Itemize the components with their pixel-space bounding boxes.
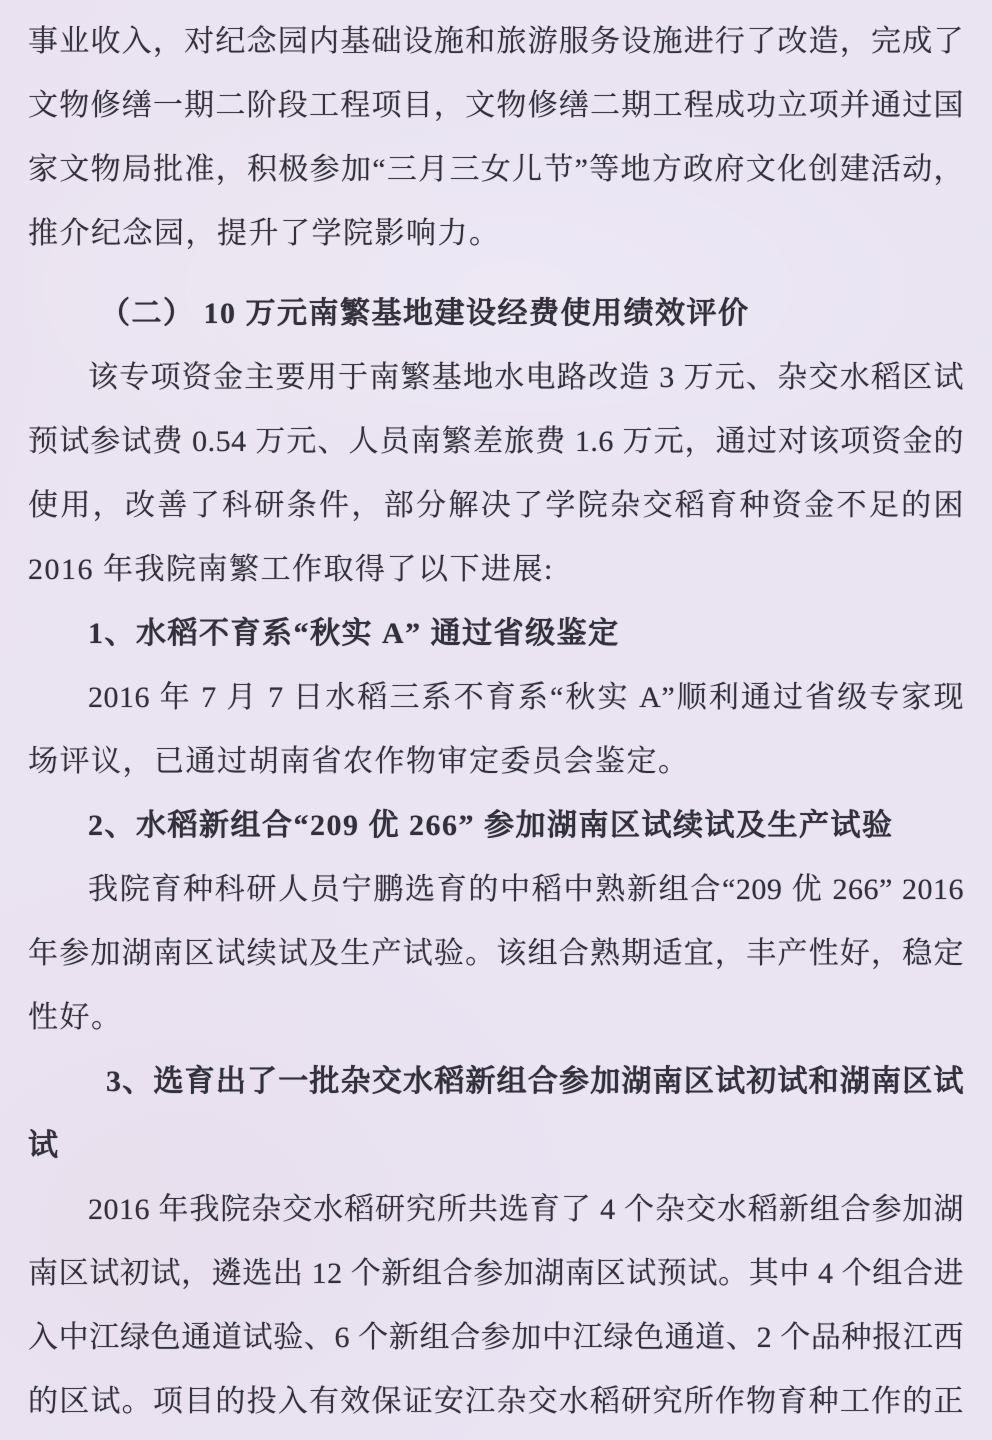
intro-paragraph-line: 家文物局批准，积极参加“三月三女儿节”等地方政府文化创建活动， (28, 138, 964, 202)
funding-paragraph-line: 使用，改善了科研条件，部分解决了学院杂交稻育种资金不足的困难。 (28, 474, 964, 538)
item-1-line: 场评议，已通过胡南省农作物审定委员会鉴定。 (28, 730, 964, 794)
intro-paragraph-line: 推介纪念园，提升了学院影响力。 (28, 202, 964, 266)
item-2-line: 年参加湖南区试续试及生产试验。该组合熟期适宜，丰产性好，稳定 (28, 922, 964, 986)
intro-paragraph-line: 文物修缮一期二阶段工程项目，文物修缮二期工程成功立项并通过国 (28, 74, 964, 138)
scanned-document-page: 事业收入，对纪念园内基础设施和旅游服务设施进行了改造，完成了 文物修缮一期二阶段… (0, 0, 992, 1440)
document-text-block: 事业收入，对纪念园内基础设施和旅游服务设施进行了改造，完成了 文物修缮一期二阶段… (28, 10, 964, 1434)
funding-paragraph-line: 该专项资金主要用于南繁基地水电路改造 3 万元、杂交水稻区试 (28, 346, 964, 410)
item-1-heading: 1、水稻不育系“秋实 A” 通过省级鉴定 (28, 602, 964, 666)
item-3-line: 入中江绿色通道试验、6 个新组合参加中江绿色通道、2 个品种报江西 (28, 1306, 964, 1370)
item-3-line: 2016 年我院杂交水稻研究所共选育了 4 个杂交水稻新组合参加湖 (28, 1178, 964, 1242)
funding-paragraph-line: 2016 年我院南繁工作取得了以下进展: (28, 538, 964, 602)
funding-paragraph-line: 预试参试费 0.54 万元、人员南繁差旅费 1.6 万元，通过对该项资金的 (28, 410, 964, 474)
item-3-line: 南区试初试，遴选出 12 个新组合参加湖南区试预试。其中 4 个组合进 (28, 1242, 964, 1306)
item-3-heading: 3、选育出了一批杂交水稻新组合参加湖南区试初试和湖南区试预 (28, 1050, 964, 1114)
section-heading: （二） 10 万元南繁基地建设经费使用绩效评价 (28, 282, 964, 346)
item-1-line: 2016 年 7 月 7 日水稻三系不育系“秋实 A”顺利通过省级专家现 (28, 666, 964, 730)
intro-paragraph-line: 事业收入，对纪念园内基础设施和旅游服务设施进行了改造，完成了 (28, 10, 964, 74)
item-3-line: 的区试。项目的投入有效保证安江杂交水稻研究所作物育种工作的正 (28, 1370, 964, 1434)
item-2-heading: 2、水稻新组合“209 优 266” 参加湖南区试续试及生产试验 (28, 794, 964, 858)
item-3-heading-continued: 试 (28, 1114, 964, 1178)
item-2-line: 我院育种科研人员宁鹏选育的中稻中熟新组合“209 优 266” 2016 (28, 858, 964, 922)
item-2-line: 性好。 (28, 986, 964, 1050)
